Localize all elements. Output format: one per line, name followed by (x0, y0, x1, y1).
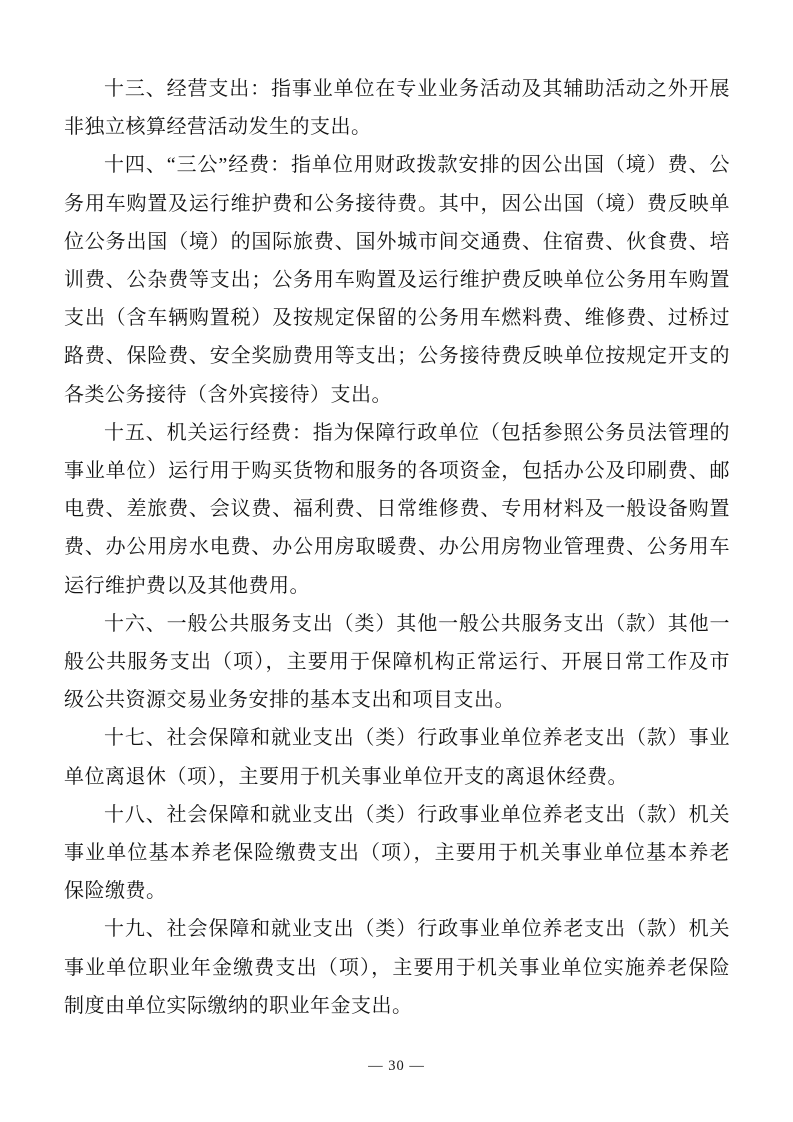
paragraph-15-agency-operating-funds: 十五、机关运行经费：指为保障行政单位（包括参照公务员法管理的事业单位）运行用于购… (64, 414, 730, 605)
document-body: 十三、经营支出：指事业单位在专业业务活动及其辅助活动之外开展非独立核算经营活动发… (64, 70, 730, 1025)
page-number: — 30 — (0, 1058, 793, 1075)
document-page: 十三、经营支出：指事业单位在专业业务活动及其辅助活动之外开展非独立核算经营活动发… (0, 0, 793, 1122)
paragraph-13-operating-expenses: 十三、经营支出：指事业单位在专业业务活动及其辅助活动之外开展非独立核算经营活动发… (64, 70, 730, 146)
paragraph-19-occupational-annuity: 十九、社会保障和就业支出（类）行政事业单位养老支出（款）机关事业单位职业年金缴费… (64, 910, 730, 1025)
paragraph-14-three-public-funds: 十四、“三公”经费：指单位用财政拨款安排的因公出国（境）费、公务用车购置及运行维… (64, 146, 730, 413)
paragraph-18-basic-pension-contribution: 十八、社会保障和就业支出（类）行政事业单位养老支出（款）机关事业单位基本养老保险… (64, 796, 730, 911)
paragraph-17-retirement-expenses: 十七、社会保障和就业支出（类）行政事业单位养老支出（款）事业单位离退休（项），主… (64, 719, 730, 795)
paragraph-16-general-public-service: 十六、一般公共服务支出（类）其他一般公共服务支出（款）其他一般公共服务支出（项）… (64, 605, 730, 720)
